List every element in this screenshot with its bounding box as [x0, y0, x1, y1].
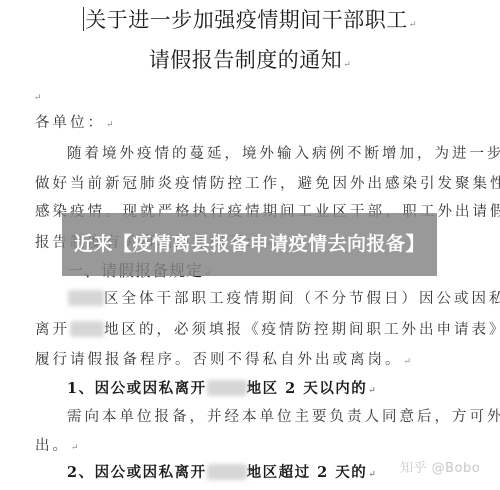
paragraph-mark-icon: ↵: [106, 120, 117, 130]
item-2-heading: 2、因公或因私离开地区超过 2 天的↵: [67, 461, 377, 482]
headline-banner: 近来【疫情离县报备申请疫情去向报备】: [62, 213, 437, 276]
paragraph-2-line-2: 离开地区的，必须填报《疫情防控期间职工外出申请表》，: [35, 318, 500, 339]
paragraph-mark-icon: ↵: [71, 443, 82, 453]
document-title-line-2: 请假报告制度的通知↵: [0, 44, 500, 74]
paragraph-2-line-1: 区全体干部职工疫情期间（不分节假日）因公或因私: [68, 287, 500, 308]
paragraph-2-line-3: 履行请假报备程序。否则不得私自外出或离岗。↵: [35, 348, 414, 369]
redacted-text: [207, 380, 247, 396]
salutation: 各单位：↵: [35, 111, 117, 132]
document-title-line-1: 关于进一步加强疫情期间干部职工↵: [0, 4, 500, 34]
paragraph-1-line-2: 做好当前新冠肺炎疫情防控工作，避免因外出感染引发聚集性: [35, 172, 500, 193]
paragraph-mark-icon: ↵: [404, 357, 415, 367]
redacted-text: [68, 290, 104, 306]
paragraph-mark-icon: ↵: [343, 60, 351, 70]
headline-text: 近来【疫情离县报备申请疫情去向报备】: [64, 232, 435, 257]
paragraph-mark-icon: ↵: [34, 93, 45, 103]
paragraph-mark-icon: ↵: [409, 20, 417, 30]
item-1-heading: 1、因公或因私离开地区 2 天以内的↵: [67, 377, 377, 398]
item-1-body-line-2: 出。↵: [35, 434, 82, 455]
watermark: 知乎 @Bobo: [400, 457, 480, 476]
paragraph-1-line-1: 随着境外疫情的蔓延，境外输入病例不断增加，为进一步: [67, 142, 500, 163]
empty-paragraph: ↵: [33, 88, 45, 104]
redacted-text: [207, 464, 247, 480]
paragraph-mark-icon: ↵: [368, 470, 377, 480]
paragraph-mark-icon: ↵: [368, 386, 377, 396]
item-1-body-line-1: 需向本单位报备，并经本单位主要负责人同意后，方可外: [67, 405, 500, 426]
redacted-text: [70, 321, 104, 337]
